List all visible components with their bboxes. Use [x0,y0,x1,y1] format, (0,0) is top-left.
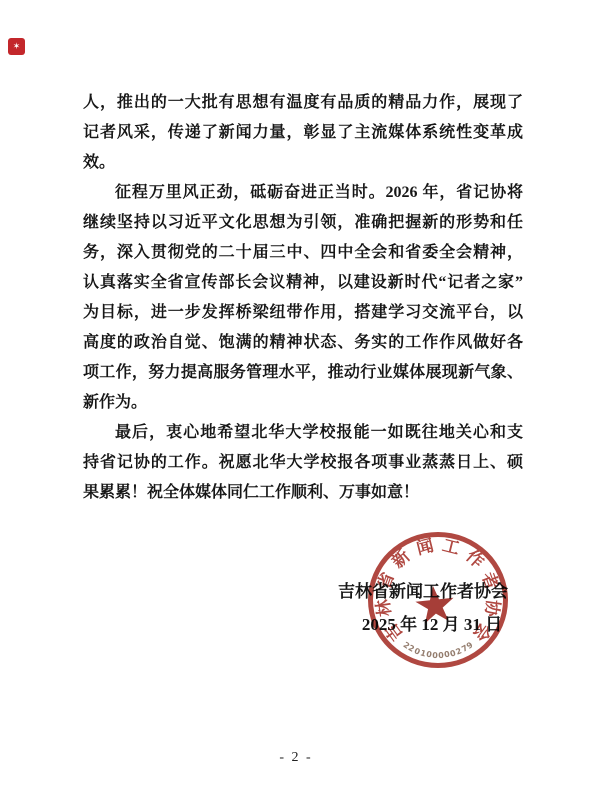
red-stamp-icon: ✶ [8,38,25,55]
seal-serial-digit: 0 [450,649,458,658]
text-line: 新作为。 [83,388,523,418]
letter-body-text: 人，推出的一大批有思想有温度有品质的精品力作，展现了 记者风采，传递了新闻力量，… [83,88,523,508]
text-line: 最后，衷心地希望北华大学校报能一如既往地关心和支 [83,418,523,448]
text-line: 人，推出的一大批有思想有温度有品质的精品力作，展现了 [83,88,523,118]
text-line: 高度的政治自觉、饱满的精神状态、务实的工作作风做好各 [83,328,523,358]
seal-serial-digit: 2 [401,641,410,651]
seal-serial-digit: 0 [432,652,438,660]
seal-arc-char: 新 [389,547,413,571]
text-line: 为目标，进一步发挥桥梁纽带作用，搭建学习交流平台，以 [83,298,523,328]
text-line: 记者风采，传递了新闻力量，彰显了主流媒体系统性变革成 [83,118,523,148]
seal-serial-digit: 9 [466,641,475,651]
date-line: 2025 年 12 月 31 日 [352,610,512,635]
seal-serial-digit: 2 [407,644,416,654]
red-stamp-icon-glyph: ✶ [13,42,21,51]
seal-serial-digit: 7 [460,644,469,654]
text-line: 项工作，努力提高服务管理水平，推动行业媒体展现新气象、 [83,358,523,388]
seal-serial-digit: 0 [438,652,444,660]
text-line: 果累累！祝全体媒体同仁工作顺利、万事如意！ [83,478,523,508]
seal-serial-digit: 1 [419,649,427,658]
text-line: 继续坚持以习近平文化思想为引领，准确把握新的形势和任 [83,208,523,238]
seal-serial-digit: 2 [455,647,463,657]
text-line: 征程万里风正劲，砥砺奋进正当时。2026 年，省记协将 [83,178,523,208]
document-page: ✶ 人，推出的一大批有思想有温度有品质的精品力作，展现了 记者风采，传递了新闻力… [0,0,592,789]
seal-arc-char: 闻 [414,536,435,557]
seal-serial-digit: 0 [444,651,451,660]
text-line: 务，深入贯彻党的二十届三中、四中全会和省委全会精神， [83,238,523,268]
signature-line: 吉林省新闻工作者协会 [338,577,508,602]
text-line: 认真落实全省宣传部长会议精神，以建设新时代“记者之家” [83,268,523,298]
seal-serial-digit: 0 [425,651,432,660]
seal-arc-char: 工 [441,536,462,557]
text-line: 效。 [83,148,523,178]
page-number: - 2 - [0,750,592,766]
seal-serial-digit: 0 [413,647,421,657]
seal-arc-char: 作 [463,547,487,571]
text-line: 持省记协的工作。祝愿北华大学校报各项事业蒸蒸日上、硕 [83,448,523,478]
